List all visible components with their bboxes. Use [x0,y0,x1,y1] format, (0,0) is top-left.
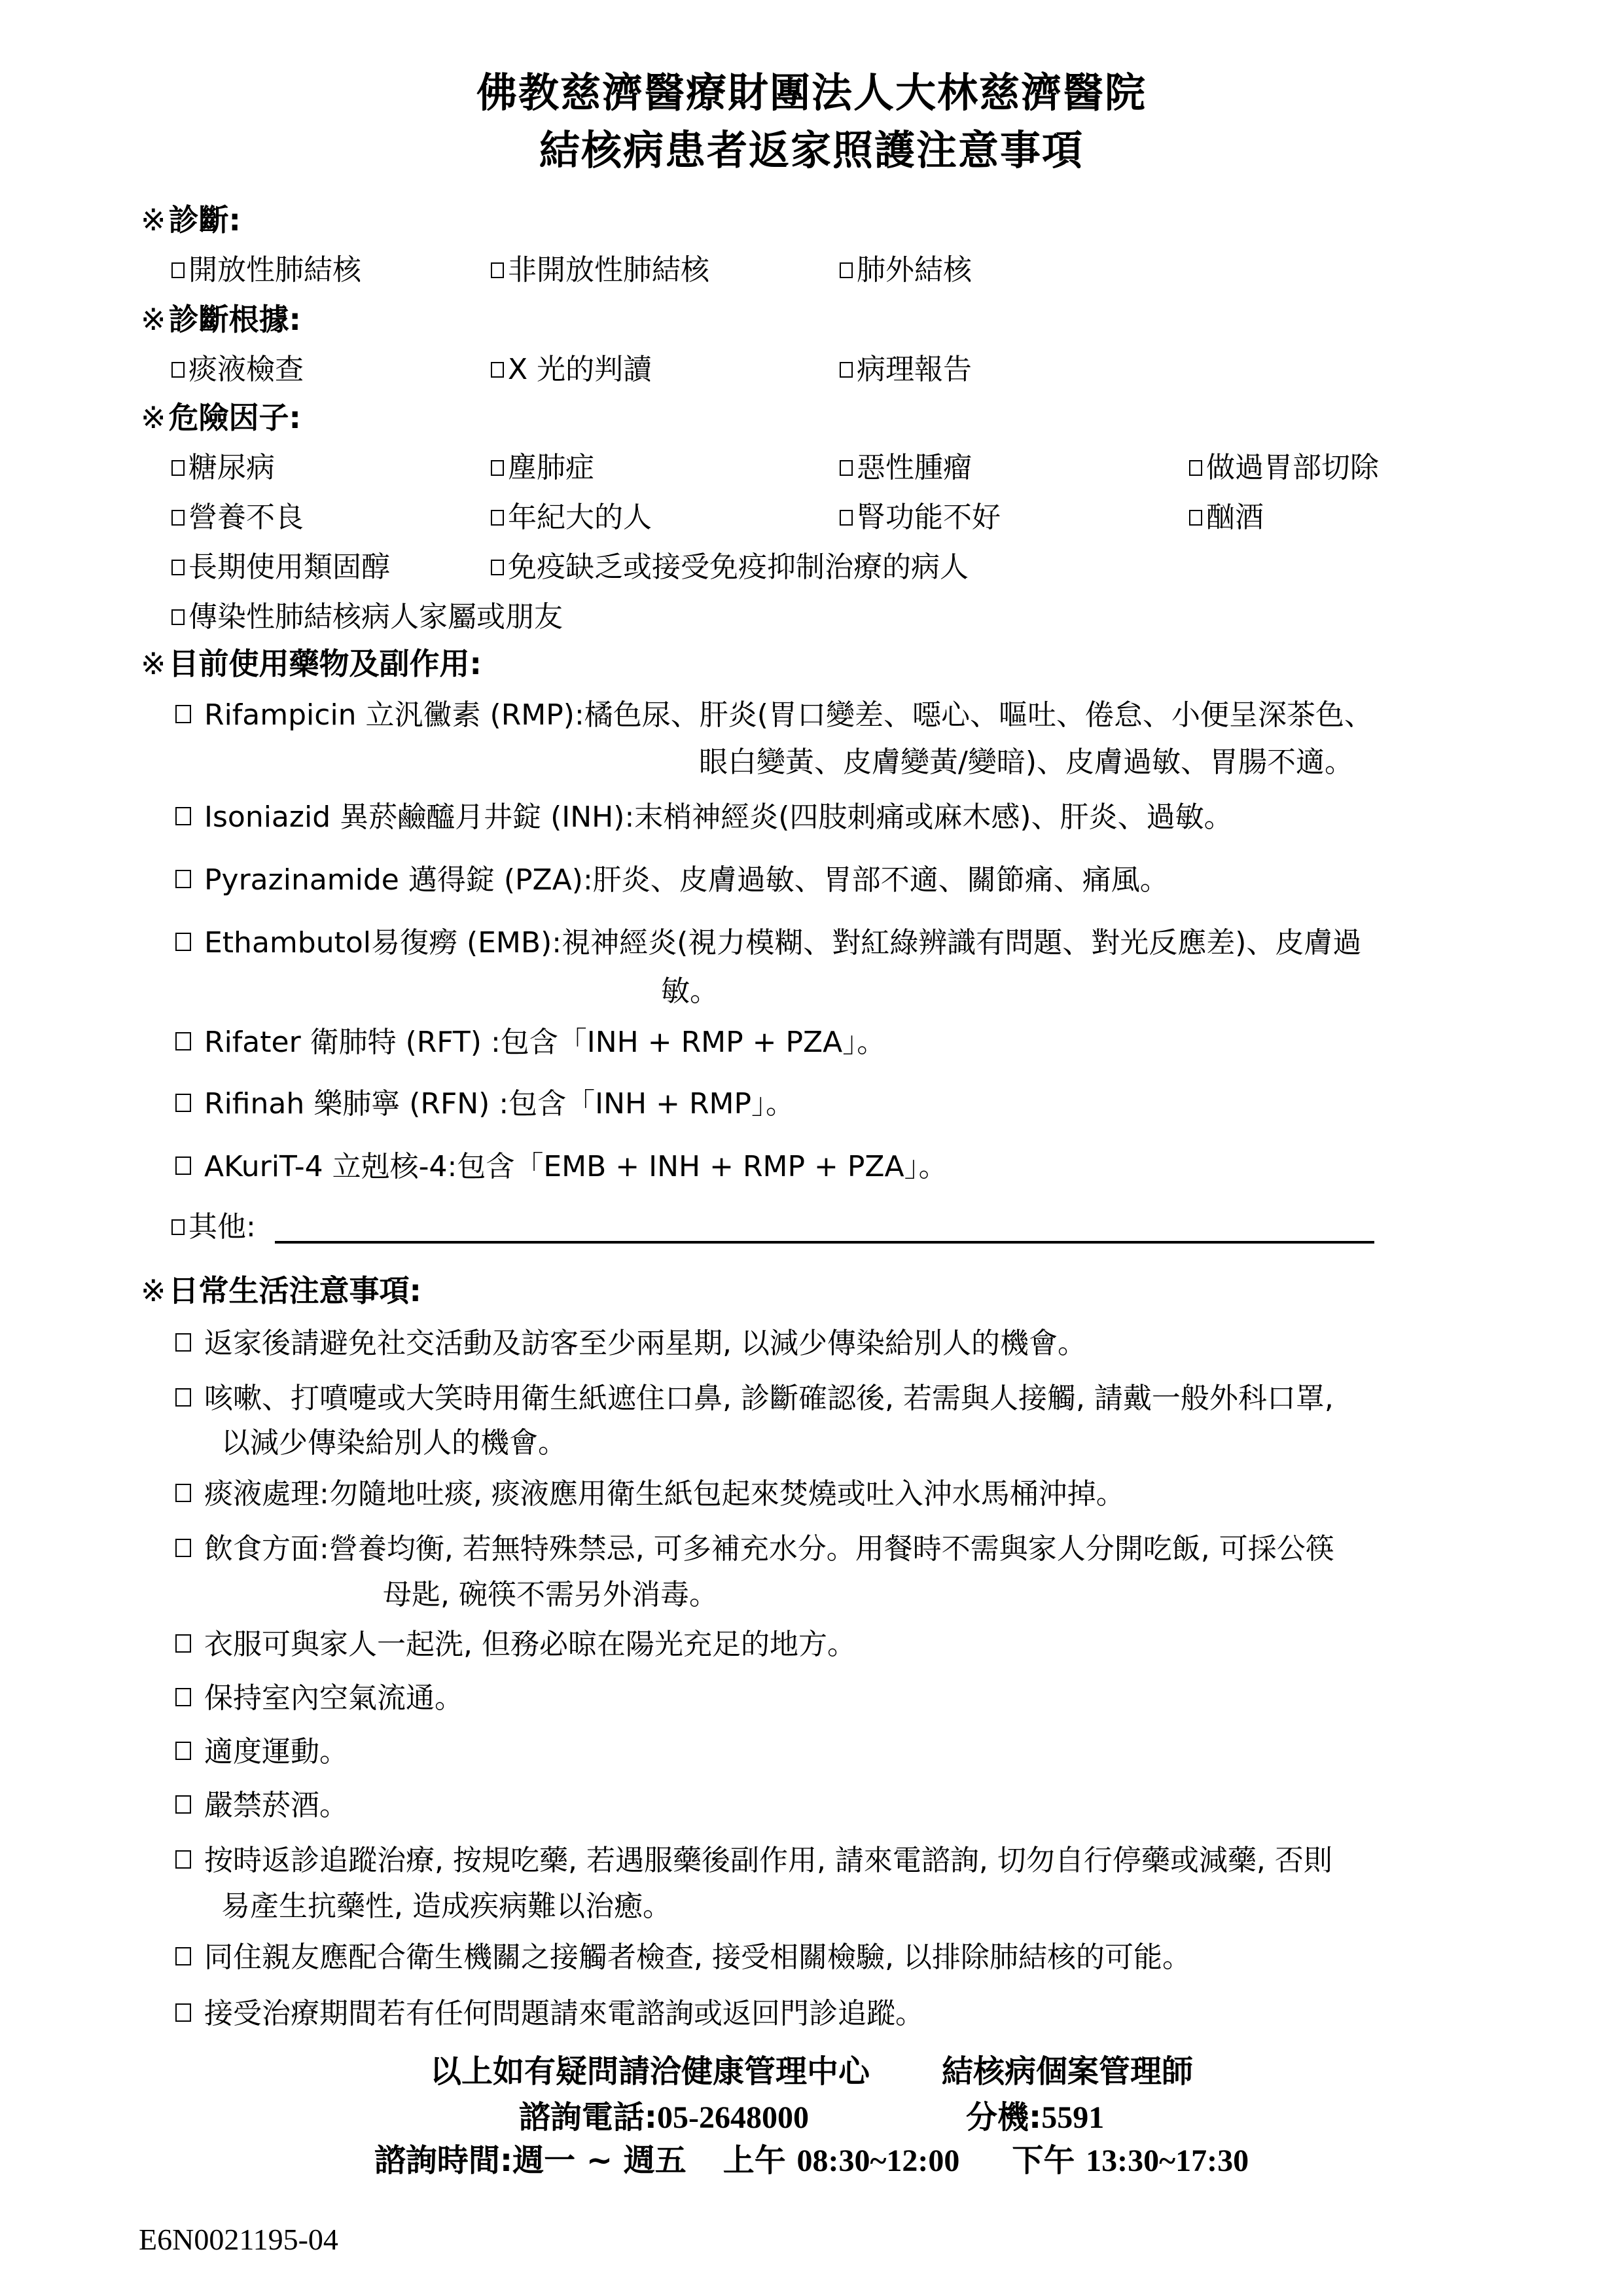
checkbox-icon[interactable] [840,262,853,278]
drug-item-rfn[interactable]: Rifinah 樂肺寧 (RFN) :包含「INH + RMP」。 [175,1080,794,1122]
section-title: 危險因子: [169,400,301,435]
section-basis-heading: ※診斷根據: [141,296,301,339]
drug-side-effects: :橘色尿、肝炎(胃口變差、噁心、嘔吐、倦怠、小便呈深茶色、 [575,698,1373,732]
daily-item[interactable]: 返家後請避免社交活動及訪客至少兩星期, 以減少傳染給別人的機會。 [175,1319,1086,1361]
checkbox-icon[interactable] [175,807,191,825]
daily-item-text: 保持室內空氣流通。 [204,1681,463,1715]
reference-mark-icon: ※ [141,1273,166,1308]
section-drugs-heading: ※目前使用藥物及副作用: [141,640,482,683]
phone-number: 05-2648000 [657,2100,809,2135]
daily-item[interactable]: 按時返診追蹤治療, 按規吃藥, 若遇服藥後副作用, 請來電諮詢, 切勿自行停藥或… [175,1837,1332,1878]
section-diagnosis-heading: ※診斷: [141,196,241,240]
option-label: 年紀大的人 [508,501,652,534]
daily-item-text-continued: 以減少傳染給別人的機會。 [221,1419,567,1461]
checkbox-icon[interactable] [175,705,191,723]
daily-item-text: 按時返診追蹤治療, 按規吃藥, 若遇服藥後副作用, 請來電諮詢, 切勿自行停藥或… [204,1844,1332,1877]
drug-name: Rifampicin 立汎黴素 (RMP) [204,698,575,732]
daily-item[interactable]: 接受治療期間若有任何問題請來電諮詢或返回門診追蹤。 [175,1990,924,2032]
checkbox-icon[interactable] [175,1539,191,1557]
option-label: 非開放性肺結核 [508,253,709,287]
checkbox-icon[interactable] [171,560,185,575]
checkbox-malnutrition[interactable]: 營養不良 [171,493,304,535]
checkbox-icon[interactable] [171,262,185,278]
checkbox-icon[interactable] [1189,510,1202,526]
checkbox-icon[interactable] [171,510,185,526]
section-title: 診斷: [169,202,241,238]
checkbox-icon[interactable] [175,1388,191,1407]
drug-side-effects: :肝炎、皮膚過敏、胃部不適、關節痛、痛風。 [583,863,1169,897]
daily-item[interactable]: 同住親友應配合衛生機關之接觸者檢查, 接受相關檢驗, 以排除肺結核的可能。 [175,1933,1191,1975]
daily-item[interactable]: 適度運動。 [175,1728,348,1770]
daily-item-text: 衣服可與家人一起洗, 但務必晾在陽光充足的地方。 [204,1628,856,1661]
checkbox-icon[interactable] [175,1094,191,1112]
section-daily-heading: ※日常生活注意事項: [141,1267,421,1310]
drug-name: Rifater 衛肺特 (RFT) [204,1026,482,1059]
checkbox-tb-contact[interactable]: 傳染性肺結核病人家屬或朋友 [171,593,563,635]
checkbox-icon[interactable] [491,510,504,526]
hours-label: 諮詢時間:週一 ~ 週五 [374,2142,687,2179]
daily-item[interactable]: 保持室內空氣流通。 [175,1674,463,1716]
daily-item-text: 同住親友應配合衛生機關之接觸者檢查, 接受相關檢驗, 以排除肺結核的可能。 [204,1941,1191,1974]
hospital-name: 佛教慈濟醫療財團法人大林慈濟醫院 [0,60,1623,118]
drug-item-akurit4[interactable]: AKuriT-4 立剋核-4:包含「EMB + INH + RMP + PZA」… [175,1143,948,1185]
option-label: 腎功能不好 [857,501,1001,534]
option-label: 肺外結核 [857,253,972,287]
checkbox-icon[interactable] [171,362,185,378]
reference-mark-icon: ※ [141,202,166,238]
document-code: E6N0021195-04 [139,2222,338,2257]
pm-label: 下午 [1012,2142,1075,2179]
daily-item[interactable]: 衣服可與家人一起洗, 但務必晾在陽光充足的地方。 [175,1621,856,1662]
checkbox-gastrectomy[interactable]: 做過胃部切除 [1189,444,1379,486]
option-label: 惡性腫瘤 [857,451,972,484]
option-label: 免疫缺乏或接受免疫抑制治療的病人 [508,550,969,584]
section-title: 日常生活注意事項: [169,1273,421,1308]
checkbox-icon[interactable] [840,362,853,378]
checkbox-icon[interactable] [171,1219,185,1235]
checkbox-icon[interactable] [171,460,185,476]
drug-item-rft[interactable]: Rifater 衛肺特 (RFT) :包含「INH + RMP + PZA」。 [175,1018,885,1060]
checkbox-pathology[interactable]: 病理報告 [840,346,972,387]
checkbox-icon[interactable] [175,1688,191,1706]
drug-item-rmp[interactable]: Rifampicin 立汎黴素 (RMP):橘色尿、肝炎(胃口變差、噁心、嘔吐、… [175,691,1373,733]
daily-item[interactable]: 咳嗽、打噴嚏或大笑時用衛生紙遮住口鼻, 診斷確認後, 若需與人接觸, 請戴一般外… [175,1374,1334,1416]
am-label: 上午 [723,2142,786,2179]
checkbox-icon[interactable] [175,1484,191,1502]
other-drug-fill-line[interactable] [275,1241,1374,1244]
daily-item-text: 咳嗽、打噴嚏或大笑時用衛生紙遮住口鼻, 診斷確認後, 若需與人接觸, 請戴一般外… [204,1382,1334,1415]
am-time: 08:30~12:00 [796,2144,959,2178]
section-risk-heading: ※危險因子: [141,394,301,437]
daily-item[interactable]: 痰液處理:勿隨地吐痰, 痰液應用衛生紙包起來焚燒或吐入沖水馬桶沖掉。 [175,1470,1125,1512]
checkbox-malignancy[interactable]: 惡性腫瘤 [840,444,972,486]
daily-item-text: 適度運動。 [204,1735,348,1768]
checkbox-sputum-test[interactable]: 痰液檢查 [171,346,304,387]
checkbox-icon[interactable] [175,1850,191,1869]
drug-name: Rifinah 樂肺寧 (RFN) [204,1087,490,1121]
checkbox-icon[interactable] [175,2003,191,2022]
drug-side-effects: :末梢神經炎(四肢刺痛或麻木感)、肝炎、過敏。 [624,800,1232,834]
option-label: 傳染性肺結核病人家屬或朋友 [188,600,563,634]
option-label: 痰液檢查 [188,353,304,386]
checkbox-icon[interactable] [171,609,185,625]
checkbox-icon[interactable] [175,1947,191,1965]
checkbox-diabetes[interactable]: 糖尿病 [171,444,275,486]
checkbox-immunodeficiency[interactable]: 免疫缺乏或接受免疫抑制治療的病人 [491,543,969,585]
option-label: 長期使用類固醇 [188,550,390,584]
checkbox-icon[interactable] [840,460,853,476]
reference-mark-icon: ※ [141,400,166,435]
option-label: 病理報告 [857,353,972,386]
checkbox-icon[interactable] [175,1634,191,1653]
daily-item-text-continued: 易產生抗藥性, 造成疾病難以治癒。 [221,1882,671,1924]
drug-item-inh[interactable]: Isoniazid 異菸鹼醯月井錠 (INH):末梢神經炎(四肢刺痛或麻木感)、… [175,793,1233,835]
daily-item-text: 飲食方面:營養均衡, 若無特殊禁忌, 可多補充水分。用餐時不需與家人分開吃飯, … [204,1532,1334,1566]
option-label: 塵肺症 [508,451,594,484]
checkbox-icon[interactable] [491,560,504,575]
drug-name: Pyrazinamide 邁得錠 (PZA) [204,863,583,897]
checkbox-icon[interactable] [175,870,191,888]
checkbox-pneumoconiosis[interactable]: 塵肺症 [491,444,594,486]
checkbox-alcoholism[interactable]: 酗酒 [1189,493,1264,535]
checkbox-icon[interactable] [491,460,504,476]
contact-footer-line2: 諮詢電話:05-2648000分機:5591 [0,2092,1623,2137]
reference-mark-icon: ※ [141,302,166,337]
option-label: 開放性肺結核 [188,253,361,287]
option-label: 營養不良 [188,501,304,534]
daily-item-text: 嚴禁菸酒。 [204,1789,348,1822]
daily-item-text-continued: 母匙, 碗筷不需另外消毒。 [383,1571,718,1613]
checkbox-icon[interactable] [175,1795,191,1814]
drug-side-effects: :包含「INH + RMP」。 [490,1087,794,1121]
daily-item[interactable]: 嚴禁菸酒。 [175,1782,348,1823]
checkbox-non-open-pulmonary-tb[interactable]: 非開放性肺結核 [491,246,709,288]
daily-item-text: 痰液處理:勿隨地吐痰, 痰液應用衛生紙包起來焚燒或吐入沖水馬桶沖掉。 [204,1477,1125,1511]
checkbox-other-drug[interactable]: 其他: [171,1203,256,1245]
drug-side-effects: :視神經炎(視力模糊、對紅綠辨識有問題、對光反應差)、皮膚過 [552,926,1361,960]
checkbox-icon[interactable] [175,1032,191,1050]
drug-name: Isoniazid 異菸鹼醯月井錠 (INH) [204,800,624,834]
drug-item-pza[interactable]: Pyrazinamide 邁得錠 (PZA):肝炎、皮膚過敏、胃部不適、關節痛、… [175,856,1169,898]
section-title: 目前使用藥物及副作用: [169,646,482,681]
checkbox-elderly[interactable]: 年紀大的人 [491,493,652,535]
checkbox-steroids[interactable]: 長期使用類固醇 [171,543,390,585]
extension-number: 5591 [1041,2100,1104,2135]
extension-label: 分機: [966,2099,1041,2136]
drug-item-emb[interactable]: Ethambutol易復癆 (EMB):視神經炎(視力模糊、對紅綠辨識有問題、對… [175,919,1361,961]
checkbox-icon[interactable] [1189,460,1202,476]
case-manager-label: 結核病個案管理師 [942,2053,1193,2090]
section-title: 診斷根據: [169,302,301,337]
checkbox-icon[interactable] [491,262,504,278]
option-label: 酗酒 [1206,501,1264,534]
phone-label: 諮詢電話: [519,2099,657,2136]
drug-side-effects-continued: 敏。 [661,967,719,1009]
other-label: 其他: [188,1210,256,1244]
checkbox-icon[interactable] [840,510,853,526]
checkbox-renal-failure[interactable]: 腎功能不好 [840,493,1001,535]
health-center-label: 以上如有疑問請洽健康管理中心 [430,2053,870,2090]
checkbox-open-pulmonary-tb[interactable]: 開放性肺結核 [171,246,361,288]
drug-name: Ethambutol易復癆 (EMB) [204,926,552,960]
checkbox-icon[interactable] [175,1742,191,1760]
reference-mark-icon: ※ [141,646,166,681]
contact-footer-line1: 以上如有疑問請洽健康管理中心結核病個案管理師 [0,2046,1623,2091]
checkbox-xray[interactable]: X 光的判讀 [491,346,652,387]
daily-item-text: 返家後請避免社交活動及訪客至少兩星期, 以減少傳染給別人的機會。 [204,1327,1086,1360]
pm-time: 13:30~17:30 [1086,2144,1249,2178]
checkbox-icon[interactable] [175,1333,191,1352]
option-label: 糖尿病 [188,451,275,484]
drug-side-effects-continued: 眼白變黃、皮膚變黃/變暗)、皮膚過敏、胃腸不適。 [699,738,1353,780]
checkbox-icon[interactable] [175,933,191,951]
drug-name: AKuriT-4 立剋核-4 [204,1150,448,1183]
drug-side-effects: :包含「INH + RMP + PZA」。 [482,1026,885,1059]
daily-item-text: 接受治療期間若有任何問題請來電諮詢或返回門診追蹤。 [204,1997,924,2030]
checkbox-icon[interactable] [491,362,504,378]
drug-side-effects: :包含「EMB + INH + RMP + PZA」。 [448,1150,948,1183]
checkbox-icon[interactable] [175,1157,191,1175]
checkbox-extrapulmonary-tb[interactable]: 肺外結核 [840,246,972,288]
daily-item[interactable]: 飲食方面:營養均衡, 若無特殊禁忌, 可多補充水分。用餐時不需與家人分開吃飯, … [175,1525,1334,1567]
contact-footer-line3: 諮詢時間:週一 ~ 週五上午 08:30~12:00下午 13:30~17:30 [0,2135,1623,2180]
option-label: X 光的判讀 [508,353,652,386]
document-title: 結核病患者返家照護注意事項 [0,118,1623,176]
option-label: 做過胃部切除 [1206,451,1379,484]
